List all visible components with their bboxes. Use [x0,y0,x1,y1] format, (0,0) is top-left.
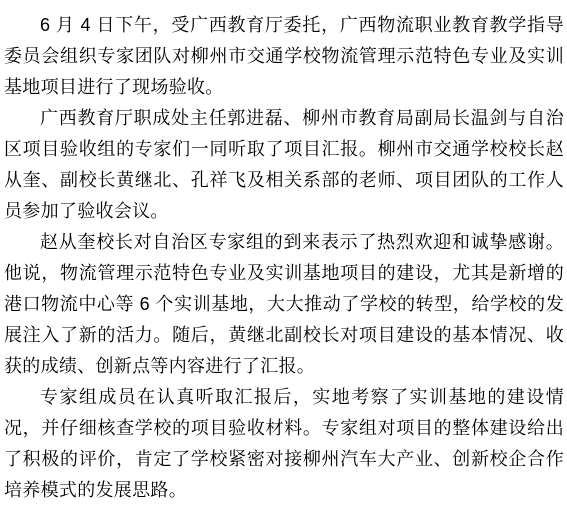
paragraph-4: 专家组成员在认真听取汇报后，实地考察了实训基地的建设情况，并仔细核查学校的项目验… [4,382,564,506]
paragraph-2: 广西教育厅职成处主任郭进磊、柳州市教育局副局长温剑与自治区项目验收组的专家们一同… [4,103,564,227]
paragraph-3: 赵从奎校长对自治区专家组的到来表示了热烈欢迎和诚挚感谢。他说，物流管理示范特色专… [4,227,564,382]
document-body: 6 月 4 日下午，受广西教育厅委托，广西物流职业教育教学指导委员会组织专家团队… [0,0,567,506]
paragraph-1: 6 月 4 日下午，受广西教育厅委托，广西物流职业教育教学指导委员会组织专家团队… [4,10,564,103]
